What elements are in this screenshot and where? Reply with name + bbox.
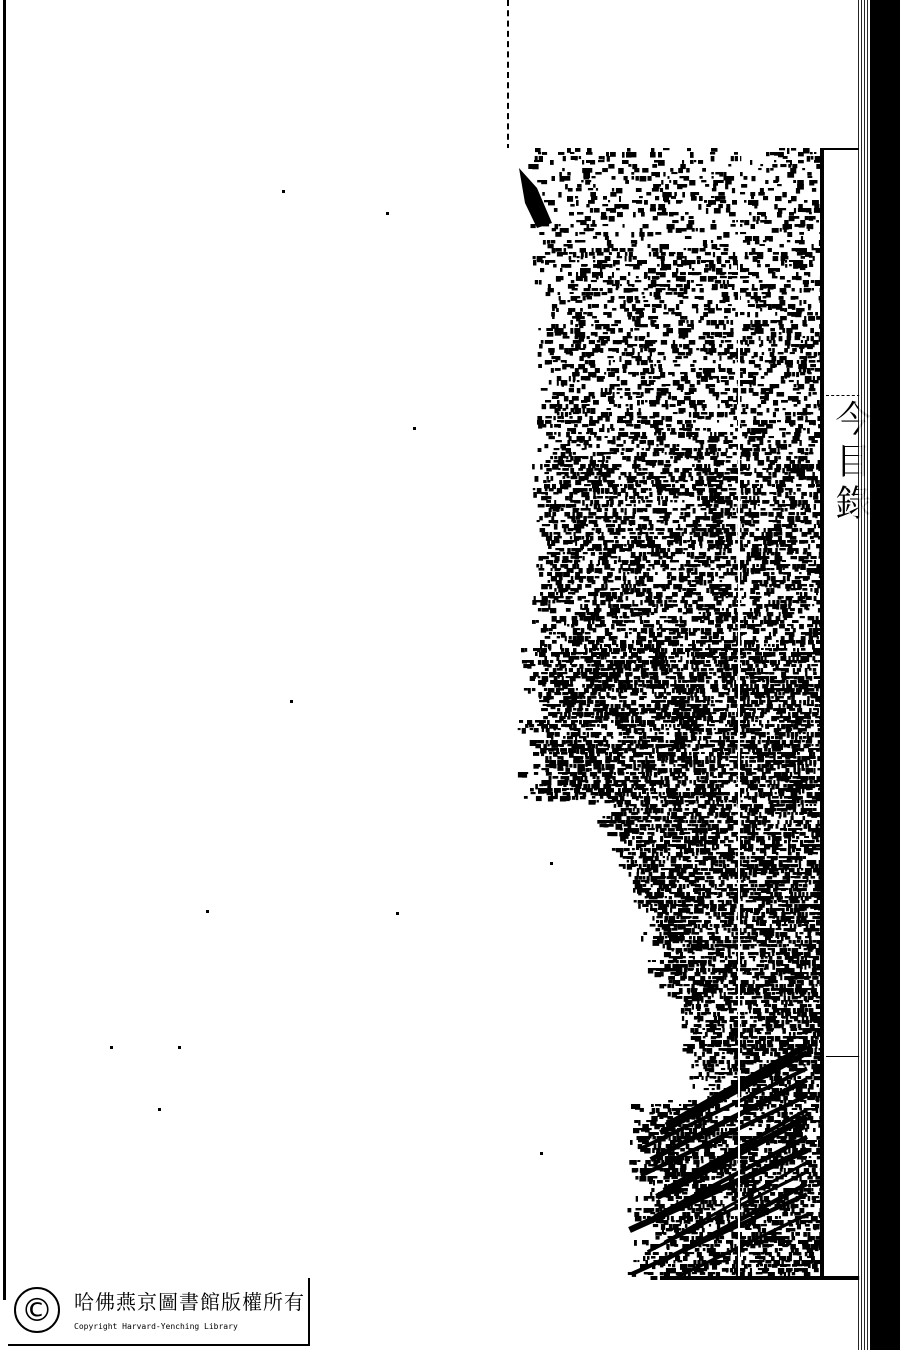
copyright-icon: ©: [14, 1287, 60, 1333]
book-spine: [870, 0, 900, 1350]
painting-frame-bottom: [660, 1276, 860, 1280]
painting-frame-right: [820, 148, 824, 1278]
scan-speck: [110, 1046, 113, 1049]
scan-speck: [386, 212, 389, 215]
copyright-chinese-text: 哈佛燕京圖書館版權所有: [74, 1286, 305, 1315]
cover-outline-bracket: [507, 0, 859, 150]
scan-speck: [550, 862, 553, 865]
scan-speck: [396, 912, 399, 915]
spine-edge-texture: [858, 0, 870, 1350]
painting-fold-line: [738, 150, 740, 1280]
scanned-page: 今目錄 © 哈佛燕京圖書館版權所有 Copyright Harvard-Yenc…: [0, 0, 900, 1350]
scan-speck: [178, 1046, 181, 1049]
copyright-english-text: Copyright Harvard-Yenching Library: [74, 1322, 238, 1331]
cover-painting: [507, 148, 823, 1280]
scan-speck: [158, 1108, 161, 1111]
scan-speck: [290, 700, 293, 703]
scan-speck: [282, 190, 285, 193]
scan-speck: [413, 427, 416, 430]
copyright-stamp: © 哈佛燕京圖書館版權所有 Copyright Harvard-Yenching…: [8, 1278, 310, 1346]
binding-edge-line: [3, 0, 6, 1300]
scan-speck: [540, 1152, 543, 1155]
landscape-painting-image: [507, 148, 823, 1280]
scan-speck: [206, 910, 209, 913]
